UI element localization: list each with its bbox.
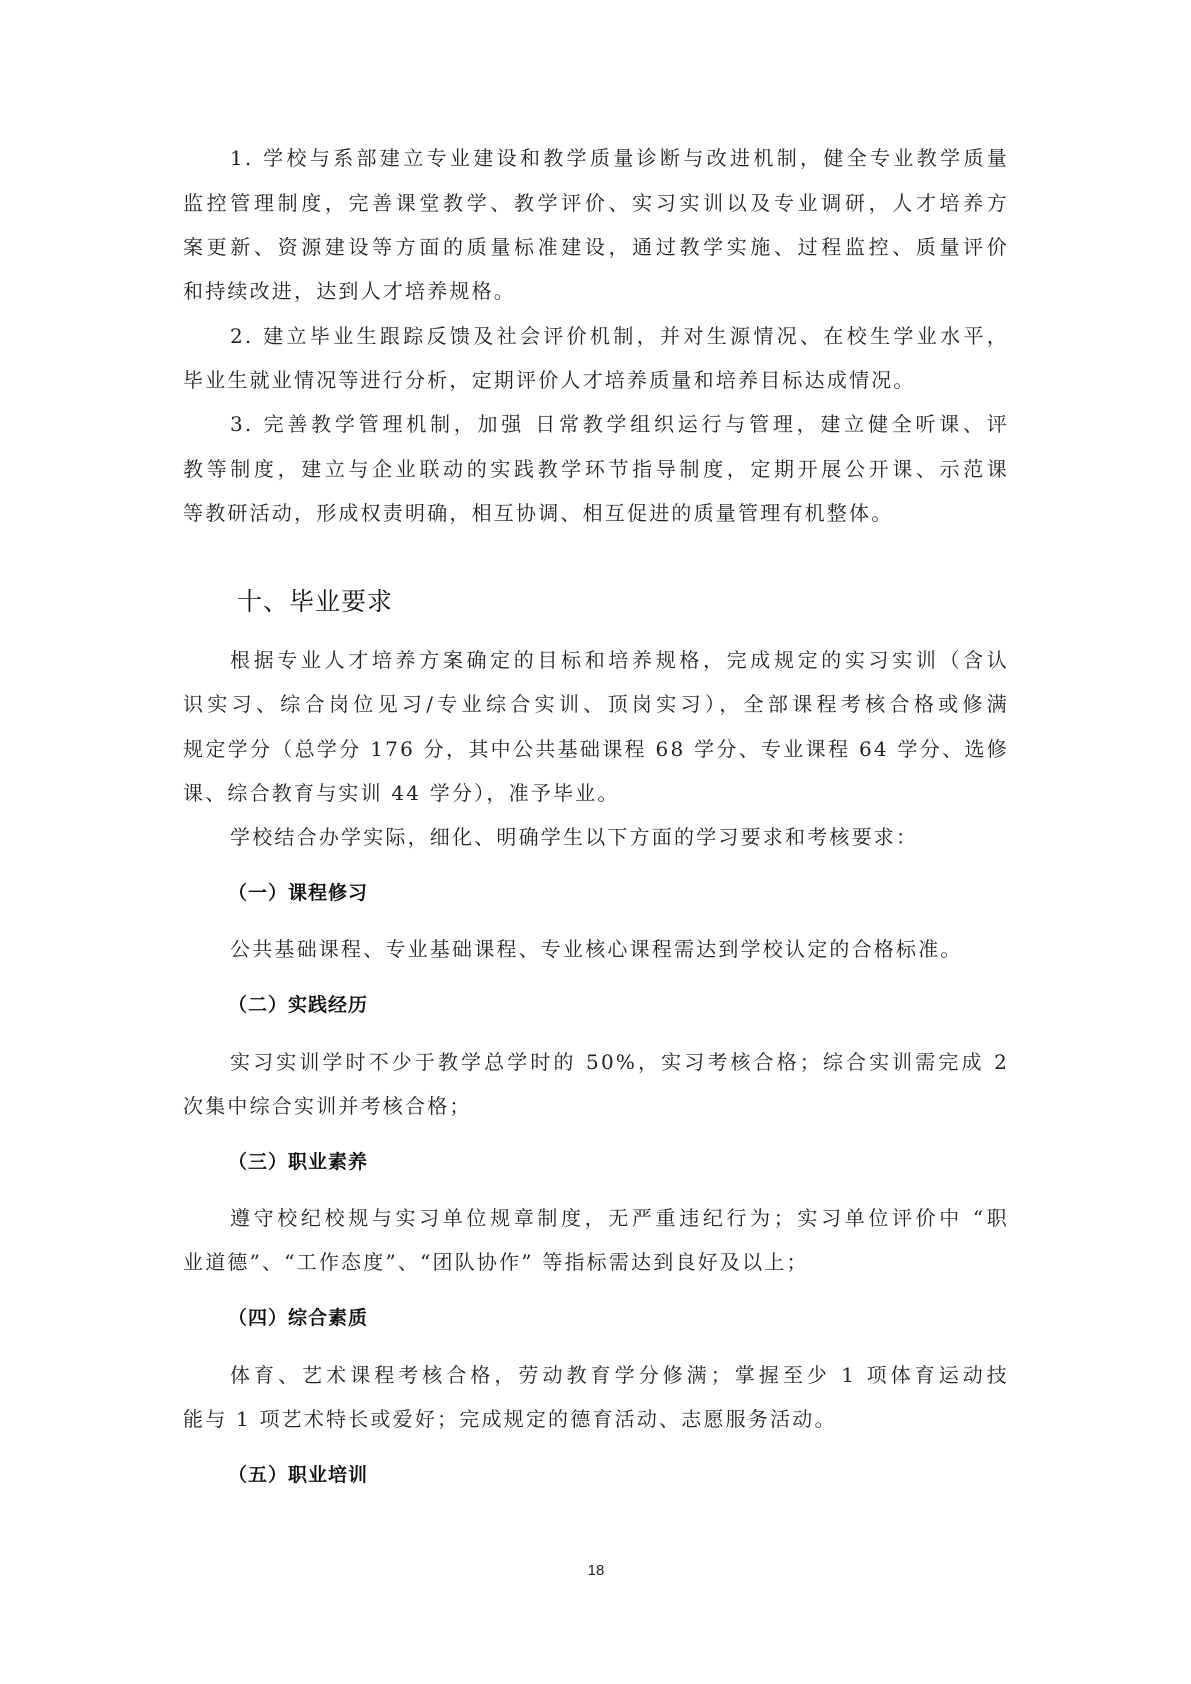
paragraph-line: 次集中综合实训并考核合格； xyxy=(183,1092,1009,1120)
paragraph-line: 业道德”、“工作态度”、“团队协作” 等指标需达到良好及以上； xyxy=(183,1248,1009,1276)
paragraph-line: 能与 1 项艺术特长或爱好；完成规定的德育活动、志愿服务活动。 xyxy=(183,1405,1009,1433)
paragraph-line: 公共基础课程、专业基础课程、专业核心课程需达到学校认定的合格标准。 xyxy=(230,935,1009,963)
paragraph-line: 规定学分（总学分 176 分，其中公共基础课程 68 学分、专业课程 64 学分… xyxy=(183,735,1009,763)
subsection-heading: （五）职业培训 xyxy=(228,1461,368,1489)
subsection-heading: （二）实践经历 xyxy=(228,991,368,1019)
subsection-heading: （三）职业素养 xyxy=(228,1148,368,1176)
paragraph-line: 教等制度，建立与企业联动的实践教学环节指导制度，定期开展公开课、示范课 xyxy=(183,455,1009,483)
subsection-heading: （一）课程修习 xyxy=(228,879,368,907)
paragraph-line: 遵守校纪校规与实习单位规章制度，无严重违纪行为；实习单位评价中 “职 xyxy=(230,1204,1009,1232)
page-number: 18 xyxy=(583,1562,609,1579)
paragraph-line: 2. 建立毕业生跟踪反馈及社会评价机制，并对生源情况、在校生学业水平， xyxy=(230,322,1009,350)
paragraph-line: 识实习、综合岗位见习/专业综合实训、顶岗实习），全部课程考核合格或修满 xyxy=(183,690,1009,718)
paragraph-line: 实习实训学时不少于教学总学时的 50%，实习考核合格；综合实训需完成 2 xyxy=(230,1048,1009,1076)
paragraph-line: 监控管理制度，完善课堂教学、教学评价、实习实训以及专业调研，人才培养方 xyxy=(183,189,1009,217)
paragraph-line: 学校结合办学实际，细化、明确学生以下方面的学习要求和考核要求： xyxy=(230,823,1009,851)
section-heading: 十、毕业要求 xyxy=(237,586,393,618)
paragraph-line: 案更新、资源建设等方面的质量标准建设，通过教学实施、过程监控、质量评价 xyxy=(183,233,1009,261)
paragraph-line: 课、综合教育与实训 44 学分），准予毕业。 xyxy=(183,779,1009,807)
document-page: 1. 学校与系部建立专业建设和教学质量诊断与改进机制，健全专业教学质量 监控管理… xyxy=(0,0,1191,1684)
paragraph-line: 根据专业人才培养方案确定的目标和培养规格，完成规定的实习实训（含认 xyxy=(230,646,1009,674)
paragraph-line: 体育、艺术课程考核合格，劳动教育学分修满；掌握至少 1 项体育运动技 xyxy=(230,1361,1009,1389)
paragraph-line: 和持续改进，达到人才培养规格。 xyxy=(183,277,1009,305)
subsection-heading: （四）综合素质 xyxy=(228,1304,368,1332)
paragraph-line: 3. 完善教学管理机制，加强 日常教学组织运行与管理，建立健全听课、评 xyxy=(230,410,1009,438)
paragraph-line: 等教研活动，形成权责明确，相互协调、相互促进的质量管理有机整体。 xyxy=(183,499,1009,527)
paragraph-line: 1. 学校与系部建立专业建设和教学质量诊断与改进机制，健全专业教学质量 xyxy=(230,144,1009,172)
paragraph-line: 毕业生就业情况等进行分析，定期评价人才培养质量和培养目标达成情况。 xyxy=(183,366,1009,394)
